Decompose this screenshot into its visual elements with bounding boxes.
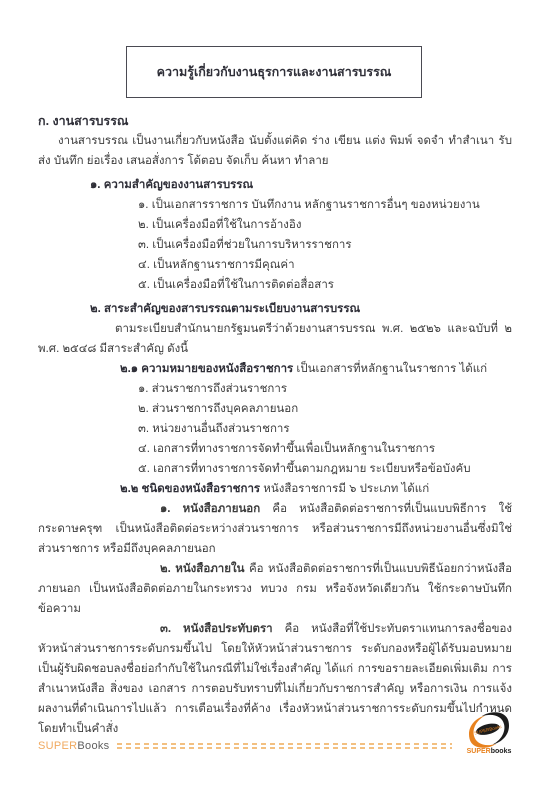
letter-type-paragraph: ๓. หนังสือประทับตรา คือ หนังสือที่ใช้ประ… (38, 619, 512, 739)
list-item: ๕. เอกสารที่ทางราชการจัดทำขึ้นตามกฎหมาย … (138, 459, 512, 479)
subsection-2-2-heading-line: ๒.๒ ชนิดของหนังสือราชการ หนังสือราชการมี… (38, 479, 512, 499)
letter-type-lead: ๑. หนังสือภายนอก (160, 503, 260, 515)
letter-type-lead: ๓. หนังสือประทับตรา (160, 623, 273, 635)
superbooks-logo-block: SUPERBooks SUPERbooks (460, 712, 518, 756)
document-page: ความรู้เกี่ยวกับงานธุรการและงานสารบรรณ ก… (0, 0, 548, 803)
subsection-2-1-heading: ๒.๑ ความหมายของหนังสือราชการ (120, 363, 293, 375)
letter-type-body: คือ หนังสือติดต่อราชการที่เป็นแบบพิธีการ… (38, 503, 512, 555)
list-item: ๑. เป็นเอกสารราชการ บันทึกงาน หลักฐานราช… (138, 195, 512, 215)
list-item: ๔. เอกสารที่ทางราชการจัดทำขึ้นเพื่อเป็นห… (138, 439, 512, 459)
list-item: ๑. ส่วนราชการถึงส่วนราชการ (138, 379, 512, 399)
list-item: ๒. เป็นเครื่องมือที่ใช้ในการอ้างอิง (138, 215, 512, 235)
list-item: ๓. หน่วยงานอื่นถึงส่วนราชการ (138, 419, 512, 439)
subsection-2-1-heading-rest: เป็นเอกสารที่หลักฐานในราชการ ได้แก่ (296, 363, 487, 375)
page-footer: SUPERBooks SUPERBooks SUPERbooks (38, 726, 518, 766)
footer-dashed-divider (117, 743, 452, 749)
letter-type-paragraph: ๑. หนังสือภายนอก คือ หนังสือติดต่อราชการ… (38, 499, 512, 559)
logo-wordmark-super: SUPER (467, 748, 491, 755)
footer-brand: SUPERBooks (38, 739, 109, 753)
subsection-1-heading: ๑. ความสำคัญของงานสารบรรณ (90, 175, 512, 195)
list-item: ๕. เป็นเครื่องมือที่ใช้ในการติดต่อสื่อสา… (138, 275, 512, 295)
list-item: ๓. เป็นเครื่องมือที่ช่วยในการบริหารราชกา… (138, 235, 512, 255)
logo-wordmark: SUPERbooks (467, 748, 512, 756)
section-intro-paragraph: งานสารบรรณ เป็นงานเกี่ยวกับหนังสือ นับตั… (38, 131, 512, 171)
subsection-2-1-heading-line: ๒.๑ ความหมายของหนังสือราชการ เป็นเอกสารท… (38, 359, 512, 379)
letter-type-body: คือ หนังสือที่ใช้ประทับตราแทนการลงชื่อขอ… (38, 623, 512, 735)
logo-wordmark-books: books (491, 748, 512, 755)
subsection-2-intro: ตามระเบียบสำนักนายกรัฐมนตรีว่าด้วยงานสาร… (38, 319, 512, 359)
list-item: ๒. ส่วนราชการถึงบุคคลภายนอก (138, 399, 512, 419)
letter-type-lead: ๒. หนังสือภายใน (160, 563, 244, 575)
footer-brand-super: SUPER (38, 740, 77, 752)
document-kinds-list: ๑. ส่วนราชการถึงส่วนราชการ ๒. ส่วนราชการ… (38, 379, 512, 479)
subsection-2-2-heading: ๒.๒ ชนิดของหนังสือราชการ (120, 483, 260, 495)
page-title: ความรู้เกี่ยวกับงานธุรการและงานสารบรรณ (157, 62, 392, 82)
letter-type-body: คือ หนังสือติดต่อราชการที่เป็นแบบพิธีน้อ… (38, 563, 512, 615)
superbooks-logo-icon: SUPERBooks (462, 712, 516, 748)
importance-list: ๑. เป็นเอกสารราชการ บันทึกงาน หลักฐานราช… (38, 195, 512, 295)
title-box: ความรู้เกี่ยวกับงานธุรการและงานสารบรรณ (126, 46, 422, 98)
subsection-2-heading: ๒. สาระสำคัญของสารบรรณตามระเบียบงานสารบร… (90, 299, 512, 319)
list-item: ๔. เป็นหลักฐานราชการมีคุณค่า (138, 255, 512, 275)
footer-brand-books: Books (77, 740, 109, 752)
section-heading: ก. งานสารบรรณ (38, 111, 512, 131)
subsection-2-2-heading-rest: หนังสือราชการมี ๖ ประเภท ได้แก่ (263, 483, 429, 495)
letter-type-paragraph: ๒. หนังสือภายใน คือ หนังสือติดต่อราชการท… (38, 559, 512, 619)
document-content: ก. งานสารบรรณ งานสารบรรณ เป็นงานเกี่ยวกั… (0, 111, 548, 739)
